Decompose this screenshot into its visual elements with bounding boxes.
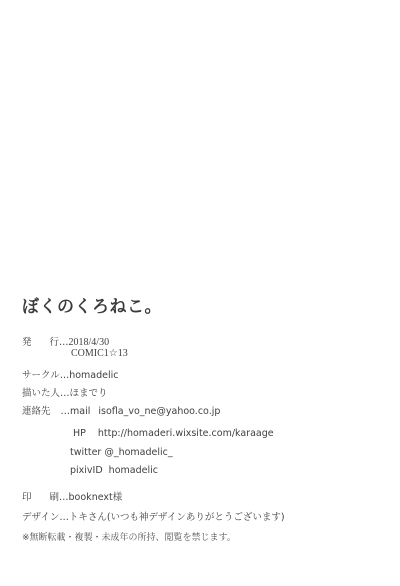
design-label: デザイン: [22, 512, 59, 523]
publish-label-1: 発: [22, 337, 32, 349]
circle-name: homadelic: [69, 370, 118, 381]
printer-separator: …: [59, 492, 69, 503]
circle-separator: …: [60, 370, 70, 381]
design-line: デザイン…トキさん(いつも神デザインありがとうございます): [22, 512, 285, 524]
hp-label: HP: [73, 428, 86, 439]
twitter-label: twitter: [70, 447, 101, 458]
publish-label-2: 行: [50, 337, 60, 349]
printer-line: 印刷…booknext様: [22, 492, 122, 504]
twitter-handle[interactable]: @_homadelic_: [104, 447, 172, 458]
circle-label: サークル: [22, 370, 60, 381]
publish-event: COMIC1☆13: [71, 348, 128, 360]
artist-label: 描いた人: [22, 388, 60, 399]
pixiv-label: pixivID: [70, 465, 103, 476]
publish-date: 2018/4/30: [69, 337, 110, 348]
design-credit: トキさん(いつも神デザインありがとうございます): [69, 512, 285, 523]
artist-name: ほまでり: [70, 388, 108, 399]
contact-label: 連絡先: [22, 406, 51, 417]
design-separator: …: [59, 512, 69, 523]
colophon-page: ぼくのくろねこ。 発行…2018/4/30 COMIC1☆13 サークル…hom…: [0, 0, 400, 586]
contact-twitter-line: twitter@_homadelic_: [70, 447, 173, 459]
printer-label-2: 刷: [50, 492, 60, 503]
contact-pixiv-line: pixivIDhomadelic: [70, 465, 158, 477]
pixiv-id[interactable]: homadelic: [109, 465, 158, 476]
book-title: ぼくのくろねこ。: [22, 292, 162, 317]
mail-address[interactable]: isofla_vo_ne@yahoo.co.jp: [98, 406, 220, 417]
contact-hp-line: HPhttp://homaderi.wixsite.com/karaage: [73, 428, 274, 440]
printer-label-1: 印: [22, 492, 32, 503]
circle-line: サークル…homadelic: [22, 370, 119, 382]
copyright-notice: ※無断転載・複製・未成年の所持、閲覧を禁じます。: [22, 532, 236, 544]
mail-label: mail: [70, 406, 90, 417]
contact-separator: …: [61, 406, 71, 417]
publish-separator: …: [59, 337, 69, 348]
artist-line: 描いた人…ほまでり: [22, 388, 108, 400]
artist-separator: …: [60, 388, 70, 399]
printer-name: booknext様: [69, 492, 123, 503]
hp-url[interactable]: http://homaderi.wixsite.com/karaage: [98, 428, 274, 439]
contact-mail-line: 連絡先…mailisofla_vo_ne@yahoo.co.jp: [22, 406, 220, 418]
